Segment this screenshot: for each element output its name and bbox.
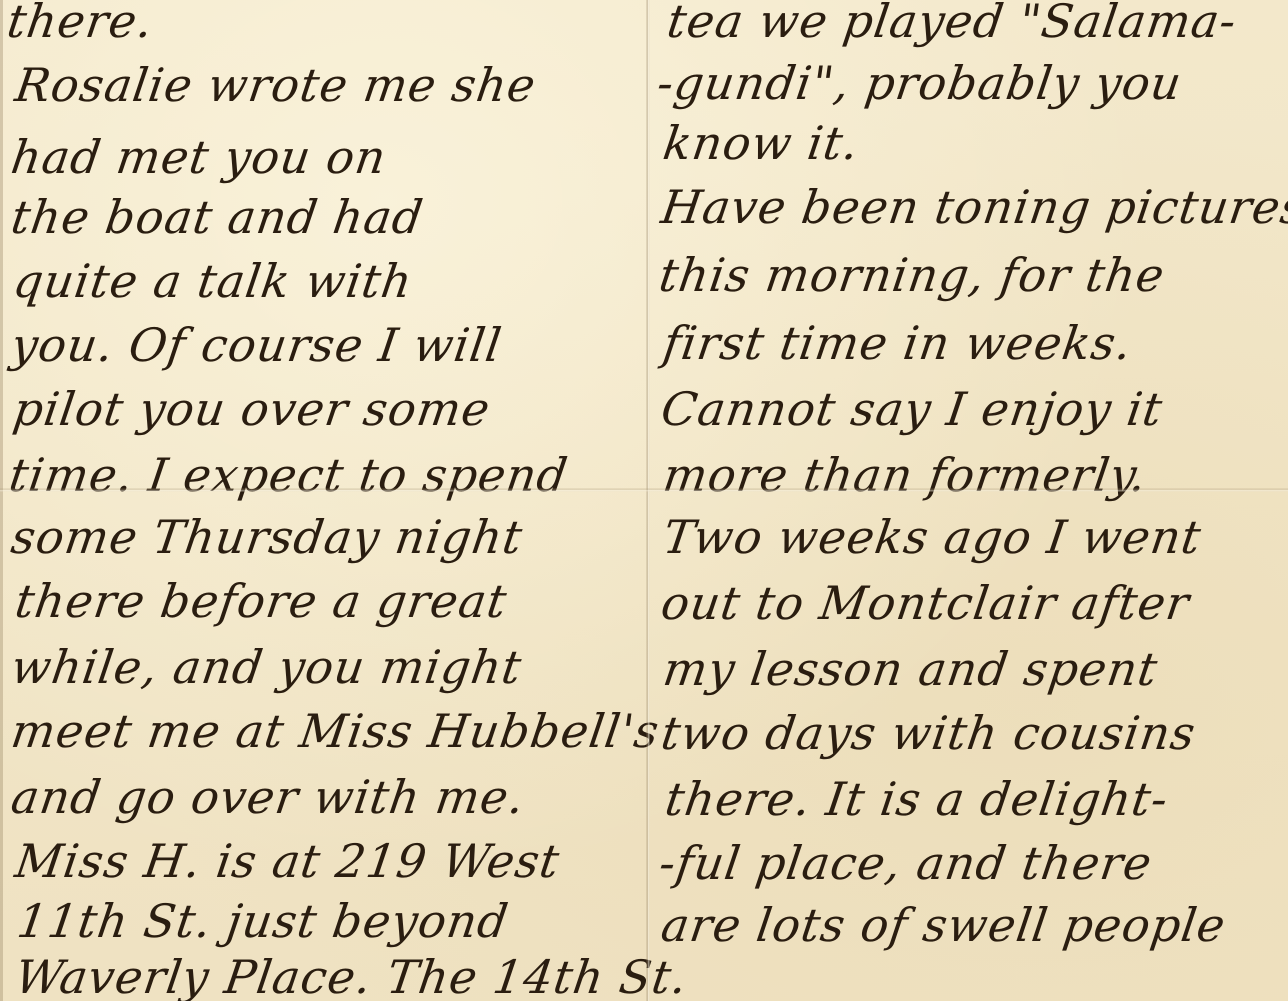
handwritten-line: out to Montclair after bbox=[658, 576, 1193, 630]
handwritten-line: time. I expect to spend bbox=[6, 448, 572, 502]
horizontal-fold-crease bbox=[0, 488, 1288, 492]
right-page: tea we played "Salama- -gundi", probably… bbox=[650, 0, 1288, 1001]
handwritten-line: Waverly Place. The 14th St. bbox=[12, 950, 691, 1001]
handwritten-line: know it. bbox=[660, 116, 863, 170]
handwritten-line: this morning, for the bbox=[656, 248, 1168, 302]
handwritten-line: Cannot say I enjoy it bbox=[658, 382, 1166, 436]
handwritten-line: Rosalie wrote me she bbox=[12, 58, 540, 112]
handwritten-line: meet me at Miss Hubbell's bbox=[8, 704, 663, 758]
handwritten-line: my lesson and spent bbox=[660, 642, 1161, 696]
handwritten-line: there before a great bbox=[12, 574, 511, 628]
left-page: there. Rosalie wrote me she had met you … bbox=[0, 0, 648, 1001]
handwritten-line: two days with cousins bbox=[658, 706, 1199, 760]
handwritten-line: first time in weeks. bbox=[660, 316, 1136, 370]
vertical-fold-crease bbox=[646, 0, 650, 1001]
handwritten-line: the boat and had bbox=[8, 190, 427, 244]
handwritten-line: more than formerly. bbox=[660, 448, 1150, 502]
handwritten-line: pilot you over some bbox=[10, 382, 494, 436]
handwritten-line: and go over with me. bbox=[8, 770, 528, 824]
handwritten-line: Have been toning pictures bbox=[658, 180, 1288, 234]
handwritten-line: -ful place, and there bbox=[656, 836, 1156, 890]
handwritten-line: -gundi", probably you bbox=[654, 56, 1185, 110]
handwritten-line: 11th St. just beyond bbox=[14, 894, 512, 948]
handwritten-line: tea we played "Salama- bbox=[664, 0, 1240, 48]
handwritten-line: some Thursday night bbox=[8, 510, 526, 564]
handwritten-line: quite a talk with bbox=[10, 254, 416, 308]
handwritten-line: you. Of course I will bbox=[8, 318, 505, 372]
handwritten-line: there. It is a delight- bbox=[662, 772, 1172, 826]
letter-scan: there. Rosalie wrote me she had met you … bbox=[0, 0, 1288, 1001]
handwritten-line: are lots of swell people bbox=[658, 898, 1229, 952]
handwritten-line: there. bbox=[4, 0, 157, 48]
handwritten-line: had met you on bbox=[8, 130, 390, 184]
handwritten-line: while, and you might bbox=[8, 640, 525, 694]
handwritten-line: Miss H. is at 219 West bbox=[12, 834, 563, 888]
handwritten-line: Two weeks ago I went bbox=[660, 510, 1205, 564]
